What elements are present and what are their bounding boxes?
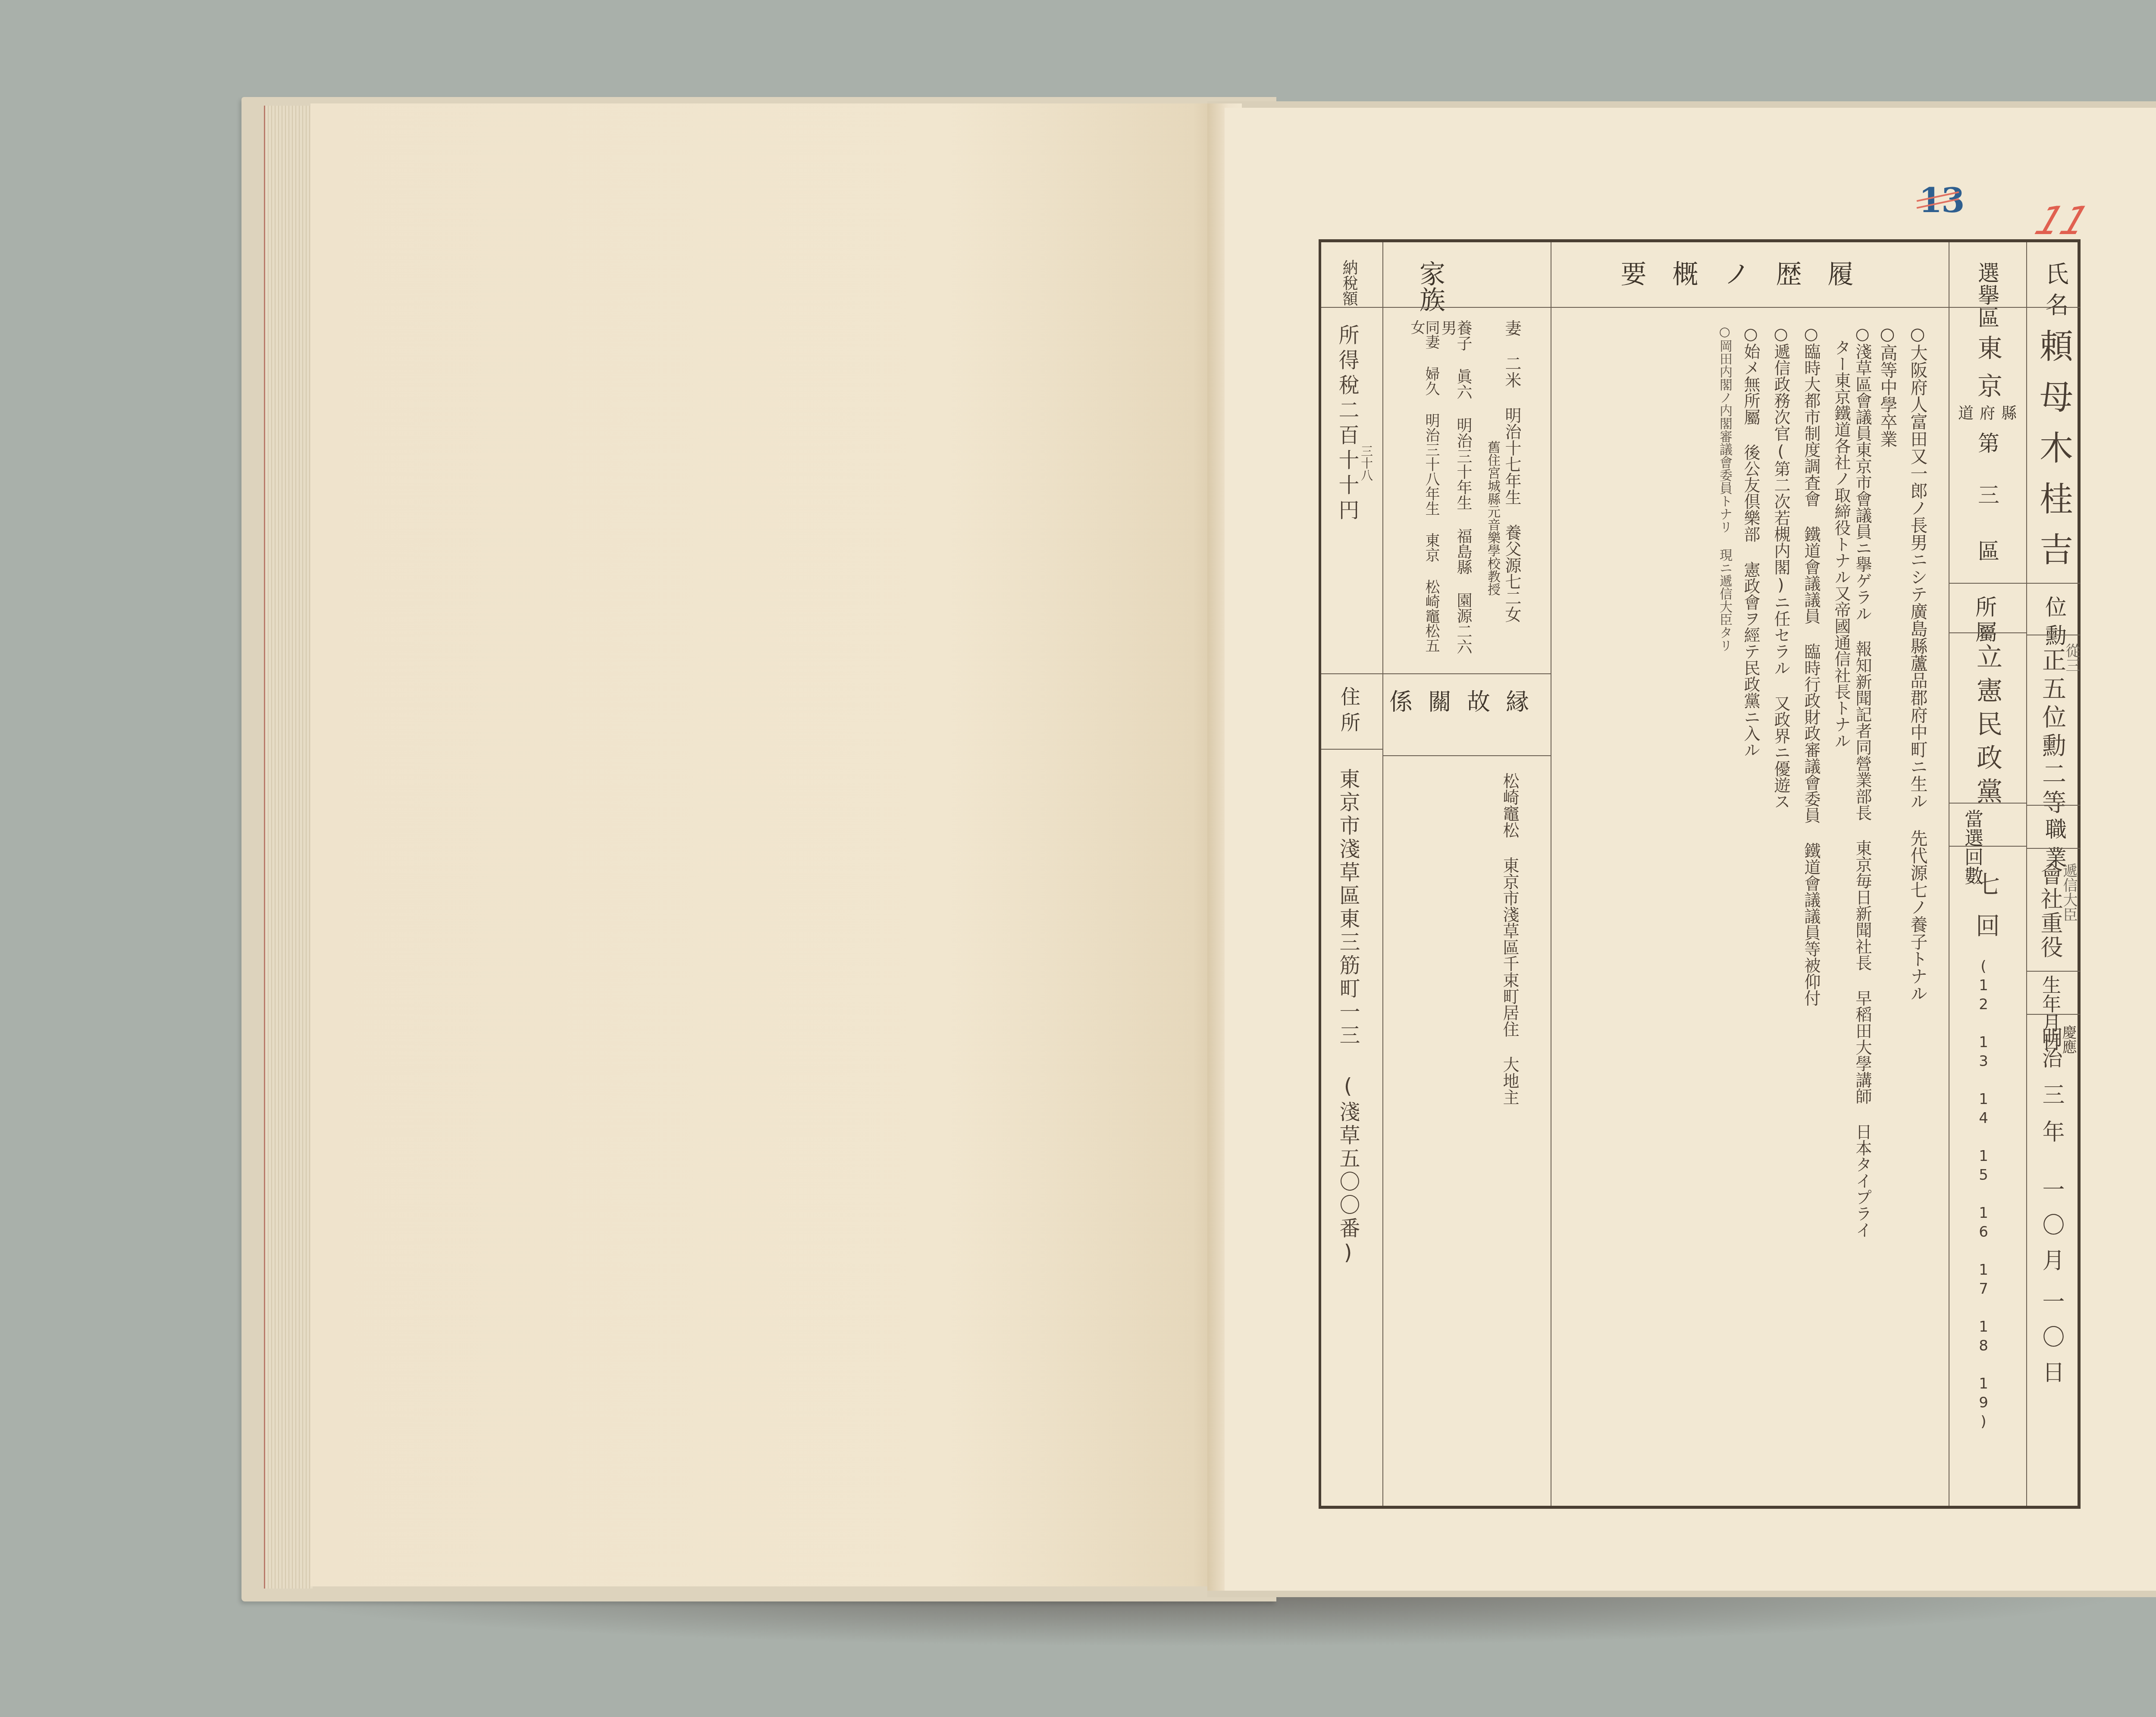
tax-value: 所得稅二百十十円 — [1337, 324, 1357, 524]
career-entry: ター東京鐵道各社ノ取締役トナル又帝國通信社長トナル — [1833, 339, 1849, 1417]
occupation-value: 會社重役 — [2038, 863, 2061, 960]
district-number: 三 — [1976, 484, 1998, 505]
career-entry: ○臨時大都市制度調査會 鐵道會議議員 臨時行政財政審議會委員 鐵道會議議員等被仰… — [1803, 324, 1819, 1402]
blank-left-page — [310, 103, 1220, 1586]
divider — [2027, 583, 2080, 584]
address-value: 東京市淺草區東三筋町一三 (淺草五〇〇番) — [1338, 768, 1358, 1372]
label-family: 家族 — [1383, 242, 1551, 313]
divider — [1949, 307, 2026, 308]
times-elected-sessions: (12 13 14 15 16 17 18 19) — [1976, 958, 1991, 1432]
career-entry: ○始メ無所屬 後公友倶樂部 憲政會ヲ經テ民政黨ニ入ル — [1742, 324, 1759, 1402]
divider — [2027, 971, 2080, 972]
career-entry: ○岡田内閣ノ内閣審議會委員トナリ 現ニ遞信大臣タリ — [1718, 324, 1731, 1402]
label-affiliation: 所屬 — [1974, 596, 1995, 646]
divider — [1321, 307, 1382, 308]
rank-correction: 從三 — [2064, 643, 2079, 672]
divider — [2027, 805, 2080, 806]
affiliation-value: 立憲民政黨 — [1974, 643, 2000, 811]
label-address: 住所 — [1339, 686, 1359, 738]
column-tax-address: 納稅額 所得稅二百十十円 三十八 住所 東京市淺草區東三筋町一三 (淺草五〇〇番… — [1321, 242, 1382, 1506]
divider — [1949, 803, 2026, 804]
family-entry: 妻 二米 明治十七年生 養父源七二女 — [1499, 320, 1525, 656]
divider — [2027, 635, 2080, 635]
divider — [1949, 583, 2026, 584]
birth-era-correction: 慶應 — [2061, 1025, 2075, 1054]
divider — [1383, 307, 1551, 308]
divider — [1321, 749, 1382, 750]
label-constituency: 選擧區 — [1976, 262, 1998, 329]
birth-era: 明治 — [2040, 1027, 2061, 1068]
constituency-prefecture: 東京 — [1975, 335, 2000, 411]
label-rank: 位勳 — [2043, 596, 2065, 653]
family-entry: 舊住宮城縣元音樂學校教授 — [1486, 441, 1499, 665]
page-stack-left — [264, 106, 313, 1589]
column-career-summary: 履歴ノ概要 ○大阪府人富田又一郎ノ長男ニシテ廣島縣蘆品郡府中町ニ生ル 先代源七ノ… — [1551, 242, 1949, 1506]
record-form: 氏名 頼母木桂吉 位勳 正五位勳二等 從三 職業 會社重役 遞信大臣 生年月日 … — [1319, 239, 2081, 1509]
district-prefix: 第 — [1976, 432, 1998, 453]
label-relations: 縁故關係 — [1383, 691, 1551, 714]
divider — [2027, 1014, 2080, 1015]
prefecture-suffix: 道府縣 — [1958, 406, 2023, 422]
divider — [1949, 846, 2026, 847]
label-tax: 納稅額 — [1341, 260, 1357, 306]
occupation-correction: 遞信大臣 — [2062, 863, 2076, 922]
tax-correction: 三十八 — [1360, 445, 1372, 481]
rank-value: 正五位勳二等 — [2040, 647, 2064, 818]
member-name: 頼母木桂吉 — [2037, 328, 2070, 583]
times-elected-count: 七回 — [1974, 872, 1998, 954]
divider — [1321, 673, 1382, 674]
birth-month: 一〇月 — [2040, 1178, 2062, 1284]
divider — [1551, 307, 1949, 308]
divider — [1383, 673, 1551, 674]
label-career-summary: 履歴ノ概要 — [1551, 242, 1949, 288]
column-name-rank-occupation-birth: 氏名 頼母木桂吉 位勳 正五位勳二等 從三 職業 會社重役 遞信大臣 生年月日 … — [2026, 242, 2080, 1506]
divider — [1949, 632, 2026, 633]
divider — [2027, 307, 2080, 308]
divider — [1383, 755, 1551, 756]
birth-year: 三年 — [2040, 1083, 2062, 1157]
career-entry: ○高等中學卒業 — [1874, 324, 1901, 1402]
career-entry: ○大阪府人富田又一郎ノ長男ニシテ廣島縣蘆品郡府中町ニ生ル 先代源七ノ養子トナル — [1904, 324, 1931, 1402]
divider — [2027, 848, 2080, 849]
column-constituency-affiliation-elections: 選擧區 東京 道府縣 第 三 區 所屬 立憲民政黨 當選回數 七回 (12 13… — [1949, 242, 2026, 1506]
district-suffix: 區 — [1976, 540, 1998, 561]
label-name: 氏名 — [2043, 262, 2067, 324]
column-family-relations: 家族 妻 二米 明治十七年生 養父源七二女 舊住宮城縣元音樂學校教授 養子 眞六… — [1382, 242, 1551, 1506]
career-entry: ○淺草區會議員東京市會議員ニ擧ゲラル 報知新聞記者同營業部長 東京毎日新聞社長 … — [1849, 324, 1875, 1402]
relations-value: 松崎竈松 東京市淺草區千束町居住 大地主 — [1495, 772, 1525, 1333]
family-entry: 養子 眞六 明治三十年生 福島縣 園源二六男 — [1440, 320, 1471, 656]
birth-day: 一〇日 — [2040, 1290, 2062, 1396]
family-entry: 同妻 婦久 明治三十八年生 東京 松崎竈松五女 — [1409, 320, 1438, 656]
career-entry: ○遞信政務次官(第二次若槻内閣)ニ任セラル 又政界ニ優遊ス — [1773, 324, 1789, 1402]
printed-page-number: 13 — [1919, 181, 1964, 220]
